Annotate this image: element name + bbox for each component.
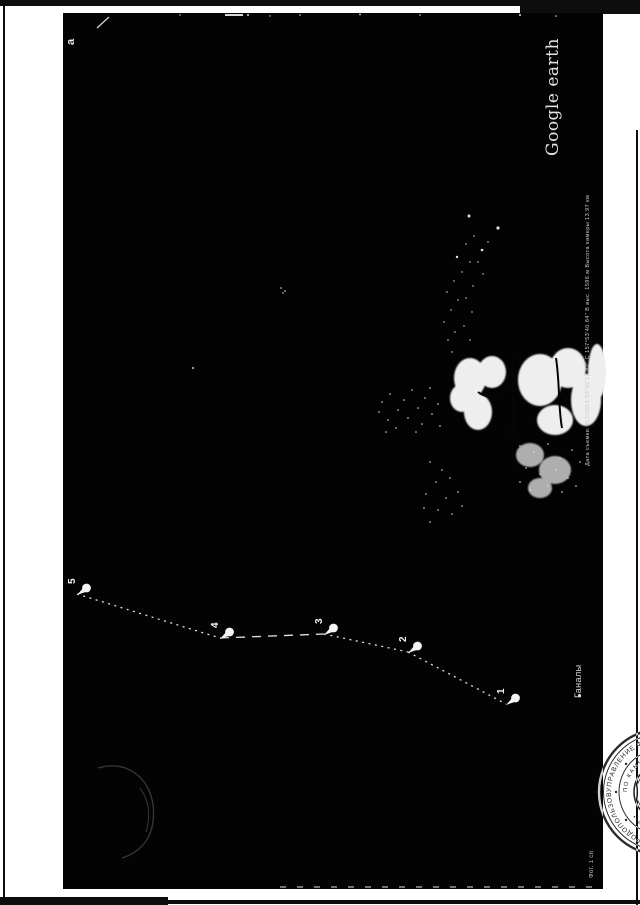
scan-edge-top-right <box>520 0 640 14</box>
scan-edge-bottom-left <box>0 897 168 905</box>
status-bar-text: Дата съемки: 6/3/2013 53°02'12.82" С 157… <box>586 18 595 466</box>
scan-edge-bottom-right <box>168 900 640 904</box>
placemark-label: 3 <box>315 611 327 624</box>
village-label: Ганалы <box>574 652 586 698</box>
official-stamp: УПРАВЛЕНИЕ ФЕДЕРАЛЬНОЙ СЛУЖБЫ ПО НАДЗОРУ… <box>592 722 640 867</box>
scan-edge-left <box>3 0 5 903</box>
figure-label: а <box>66 31 78 45</box>
google-earth-logo: Google earth <box>545 14 565 156</box>
scanned-document-page: { "page": { "background": "#ffffff", "sc… <box>0 0 640 905</box>
placemark-label: 1 <box>497 681 509 694</box>
placemark-label: 4 <box>211 615 223 628</box>
placemark-label: 5 <box>68 571 80 584</box>
satellite-image[interactable] <box>63 13 603 889</box>
placemark-label: 2 <box>399 629 411 642</box>
